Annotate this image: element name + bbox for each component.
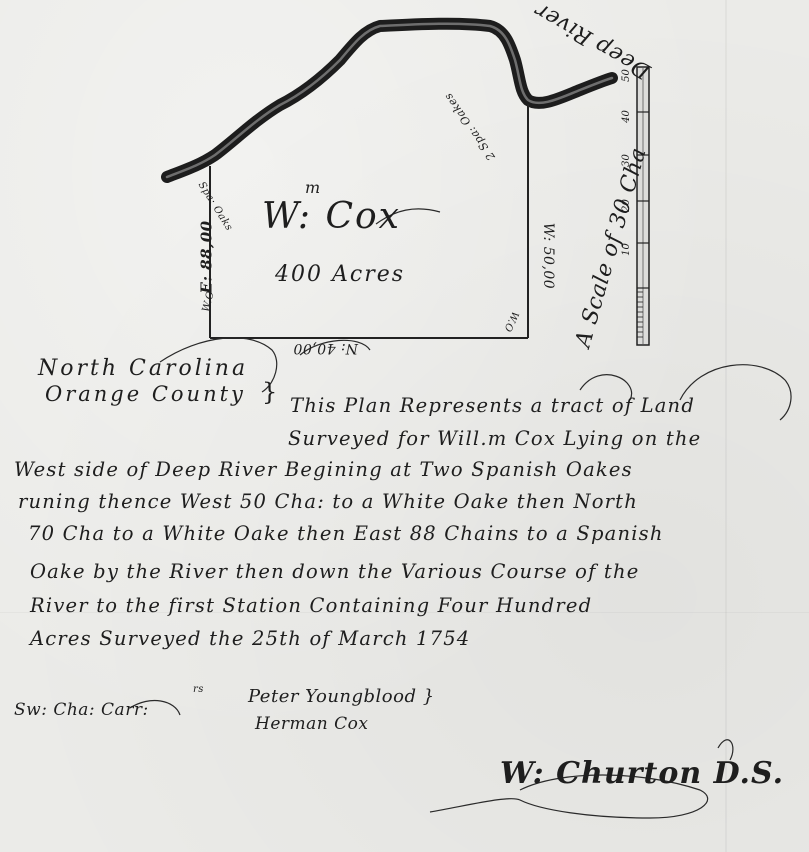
body-line-6: Oake by the River then down the Various … bbox=[30, 560, 639, 583]
river-icon bbox=[167, 24, 612, 177]
scale-tick-10: 10 bbox=[621, 243, 632, 256]
body-line-5: 70 Cha to a White Oake then East 88 Chai… bbox=[28, 522, 664, 545]
surveyor-signature: W: Churton D.S. bbox=[500, 756, 784, 791]
witness-2: Herman Cox bbox=[255, 714, 368, 734]
body-line-7: River to the first Station Containing Fo… bbox=[30, 594, 592, 617]
edge-label-west: E: 88,00 bbox=[198, 220, 216, 293]
owner-name: W: Cox bbox=[262, 196, 401, 237]
survey-plat-drawing bbox=[0, 0, 809, 852]
owner-name-superscript: m bbox=[305, 178, 321, 197]
acreage-label: 400 Acres bbox=[275, 262, 405, 287]
heading-county: Orange County bbox=[45, 382, 246, 406]
edge-label-east: W: 50,00 bbox=[540, 223, 556, 289]
scale-tick-50: 50 bbox=[621, 69, 632, 82]
chain-carriers-label: Sw: Cha: Carr: bbox=[14, 700, 149, 720]
body-line-3: West side of Deep River Begining at Two … bbox=[14, 458, 633, 481]
body-line-8: Acres Surveyed the 25th of March 1754 bbox=[30, 627, 470, 650]
body-line-4: runing thence West 50 Cha: to a White Oa… bbox=[18, 490, 638, 513]
pen-flourishes bbox=[130, 209, 791, 818]
edge-label-south: N: 40,00 bbox=[293, 340, 358, 356]
body-line-2: Surveyed for Will.m Cox Lying on the bbox=[288, 427, 701, 450]
body-line-1: This Plan Represents a tract of Land bbox=[290, 394, 695, 417]
scale-bar bbox=[637, 67, 649, 345]
heading-brace: } bbox=[262, 378, 278, 406]
scale-tick-20: 20 bbox=[621, 199, 632, 212]
witness-1: Peter Youngblood } bbox=[248, 686, 435, 707]
heading-state: North Carolina bbox=[38, 356, 248, 381]
scale-tick-30: 30 bbox=[621, 154, 632, 167]
scale-tick-40: 40 bbox=[621, 110, 632, 123]
chain-carriers-mark: rs bbox=[193, 684, 204, 695]
